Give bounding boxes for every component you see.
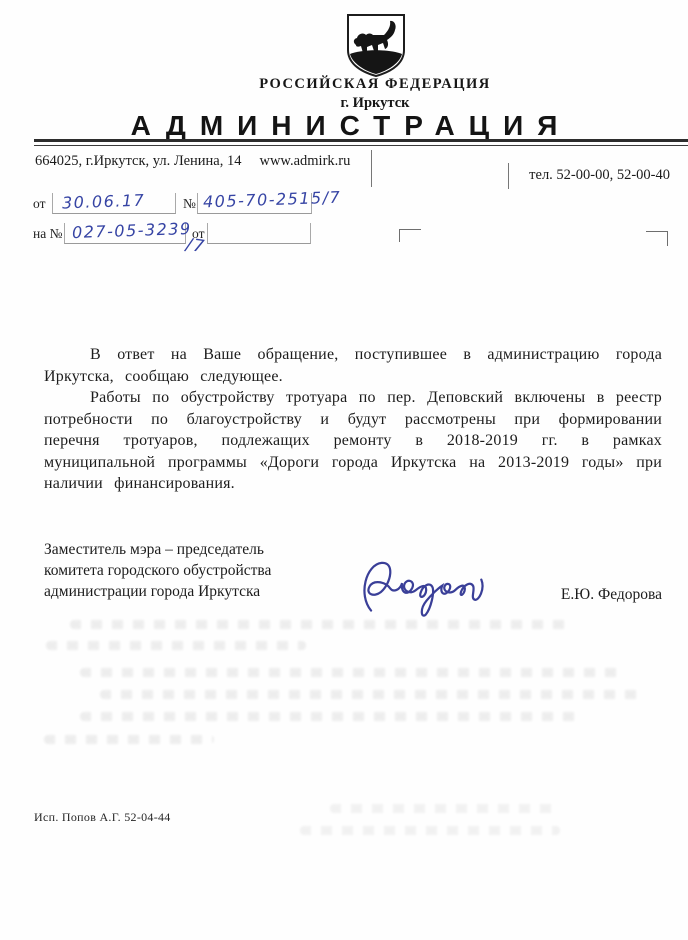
phone-numbers: тел. 52-00-00, 52-00-40 (529, 167, 670, 184)
outgoing-date-label: от (33, 196, 45, 212)
signer-position-line1: Заместитель мэра – председатель (44, 539, 374, 560)
address-line: 664025, г.Иркутск, ул. Ленина, 14www.adm… (35, 153, 350, 170)
reply-date-label: от (192, 226, 204, 242)
phone-separator-line (508, 163, 509, 189)
handwritten-signature (334, 534, 517, 634)
header-rule-thin (34, 145, 688, 146)
outgoing-number-handwritten: 405-70-2515/7 (203, 188, 342, 212)
signer-position-line3: администрации города Иркутска (44, 581, 374, 602)
bleedthrough-line (300, 826, 560, 835)
executor-line: Исп. Попов А.Г. 52-04-44 (34, 810, 171, 825)
irkutsk-coat-of-arms-icon (338, 12, 414, 78)
letterhead-center: РОССИЙСКАЯ ФЕДЕРАЦИЯ г. Иркутск (110, 76, 640, 112)
outgoing-date-handwritten: 30.06.17 (62, 191, 146, 213)
country-title: РОССИЙСКАЯ ФЕДЕРАЦИЯ (110, 76, 640, 93)
organization-title: АДМИНИСТРАЦИЯ (0, 110, 688, 142)
addressee-corner-mark-left (399, 229, 421, 242)
bleedthrough-line (46, 641, 306, 650)
header-rule-thick (34, 139, 688, 142)
signer-position: Заместитель мэра – председатель комитета… (44, 539, 374, 602)
bleedthrough-line (80, 712, 580, 721)
reply-date-box-empty (207, 223, 311, 244)
addressee-corner-mark-right (646, 231, 668, 246)
bleedthrough-line (330, 804, 560, 813)
letter-body: В ответ на Ваше обращение, поступившее в… (44, 344, 662, 495)
bleedthrough-line (44, 735, 214, 744)
postal-address: 664025, г.Иркутск, ул. Ленина, 14 (35, 153, 241, 169)
outgoing-number-label: № (183, 196, 196, 212)
body-paragraph-1: В ответ на Ваше обращение, поступившее в… (44, 344, 662, 387)
bleedthrough-line (80, 668, 620, 677)
address-separator-line (371, 150, 372, 187)
reply-number-label: на № (33, 226, 62, 242)
signer-name: Е.Ю. Федорова (561, 586, 662, 604)
body-paragraph-2: Работы по обустройству тротуара по пер. … (44, 387, 662, 495)
bleedthrough-line (70, 620, 570, 629)
website-text: www.admirk.ru (259, 153, 350, 169)
signer-position-line2: комитета городского обустройства (44, 560, 374, 581)
bleedthrough-line (100, 690, 640, 699)
letter-page: РОССИЙСКАЯ ФЕДЕРАЦИЯ г. Иркутск АДМИНИСТ… (0, 0, 688, 940)
